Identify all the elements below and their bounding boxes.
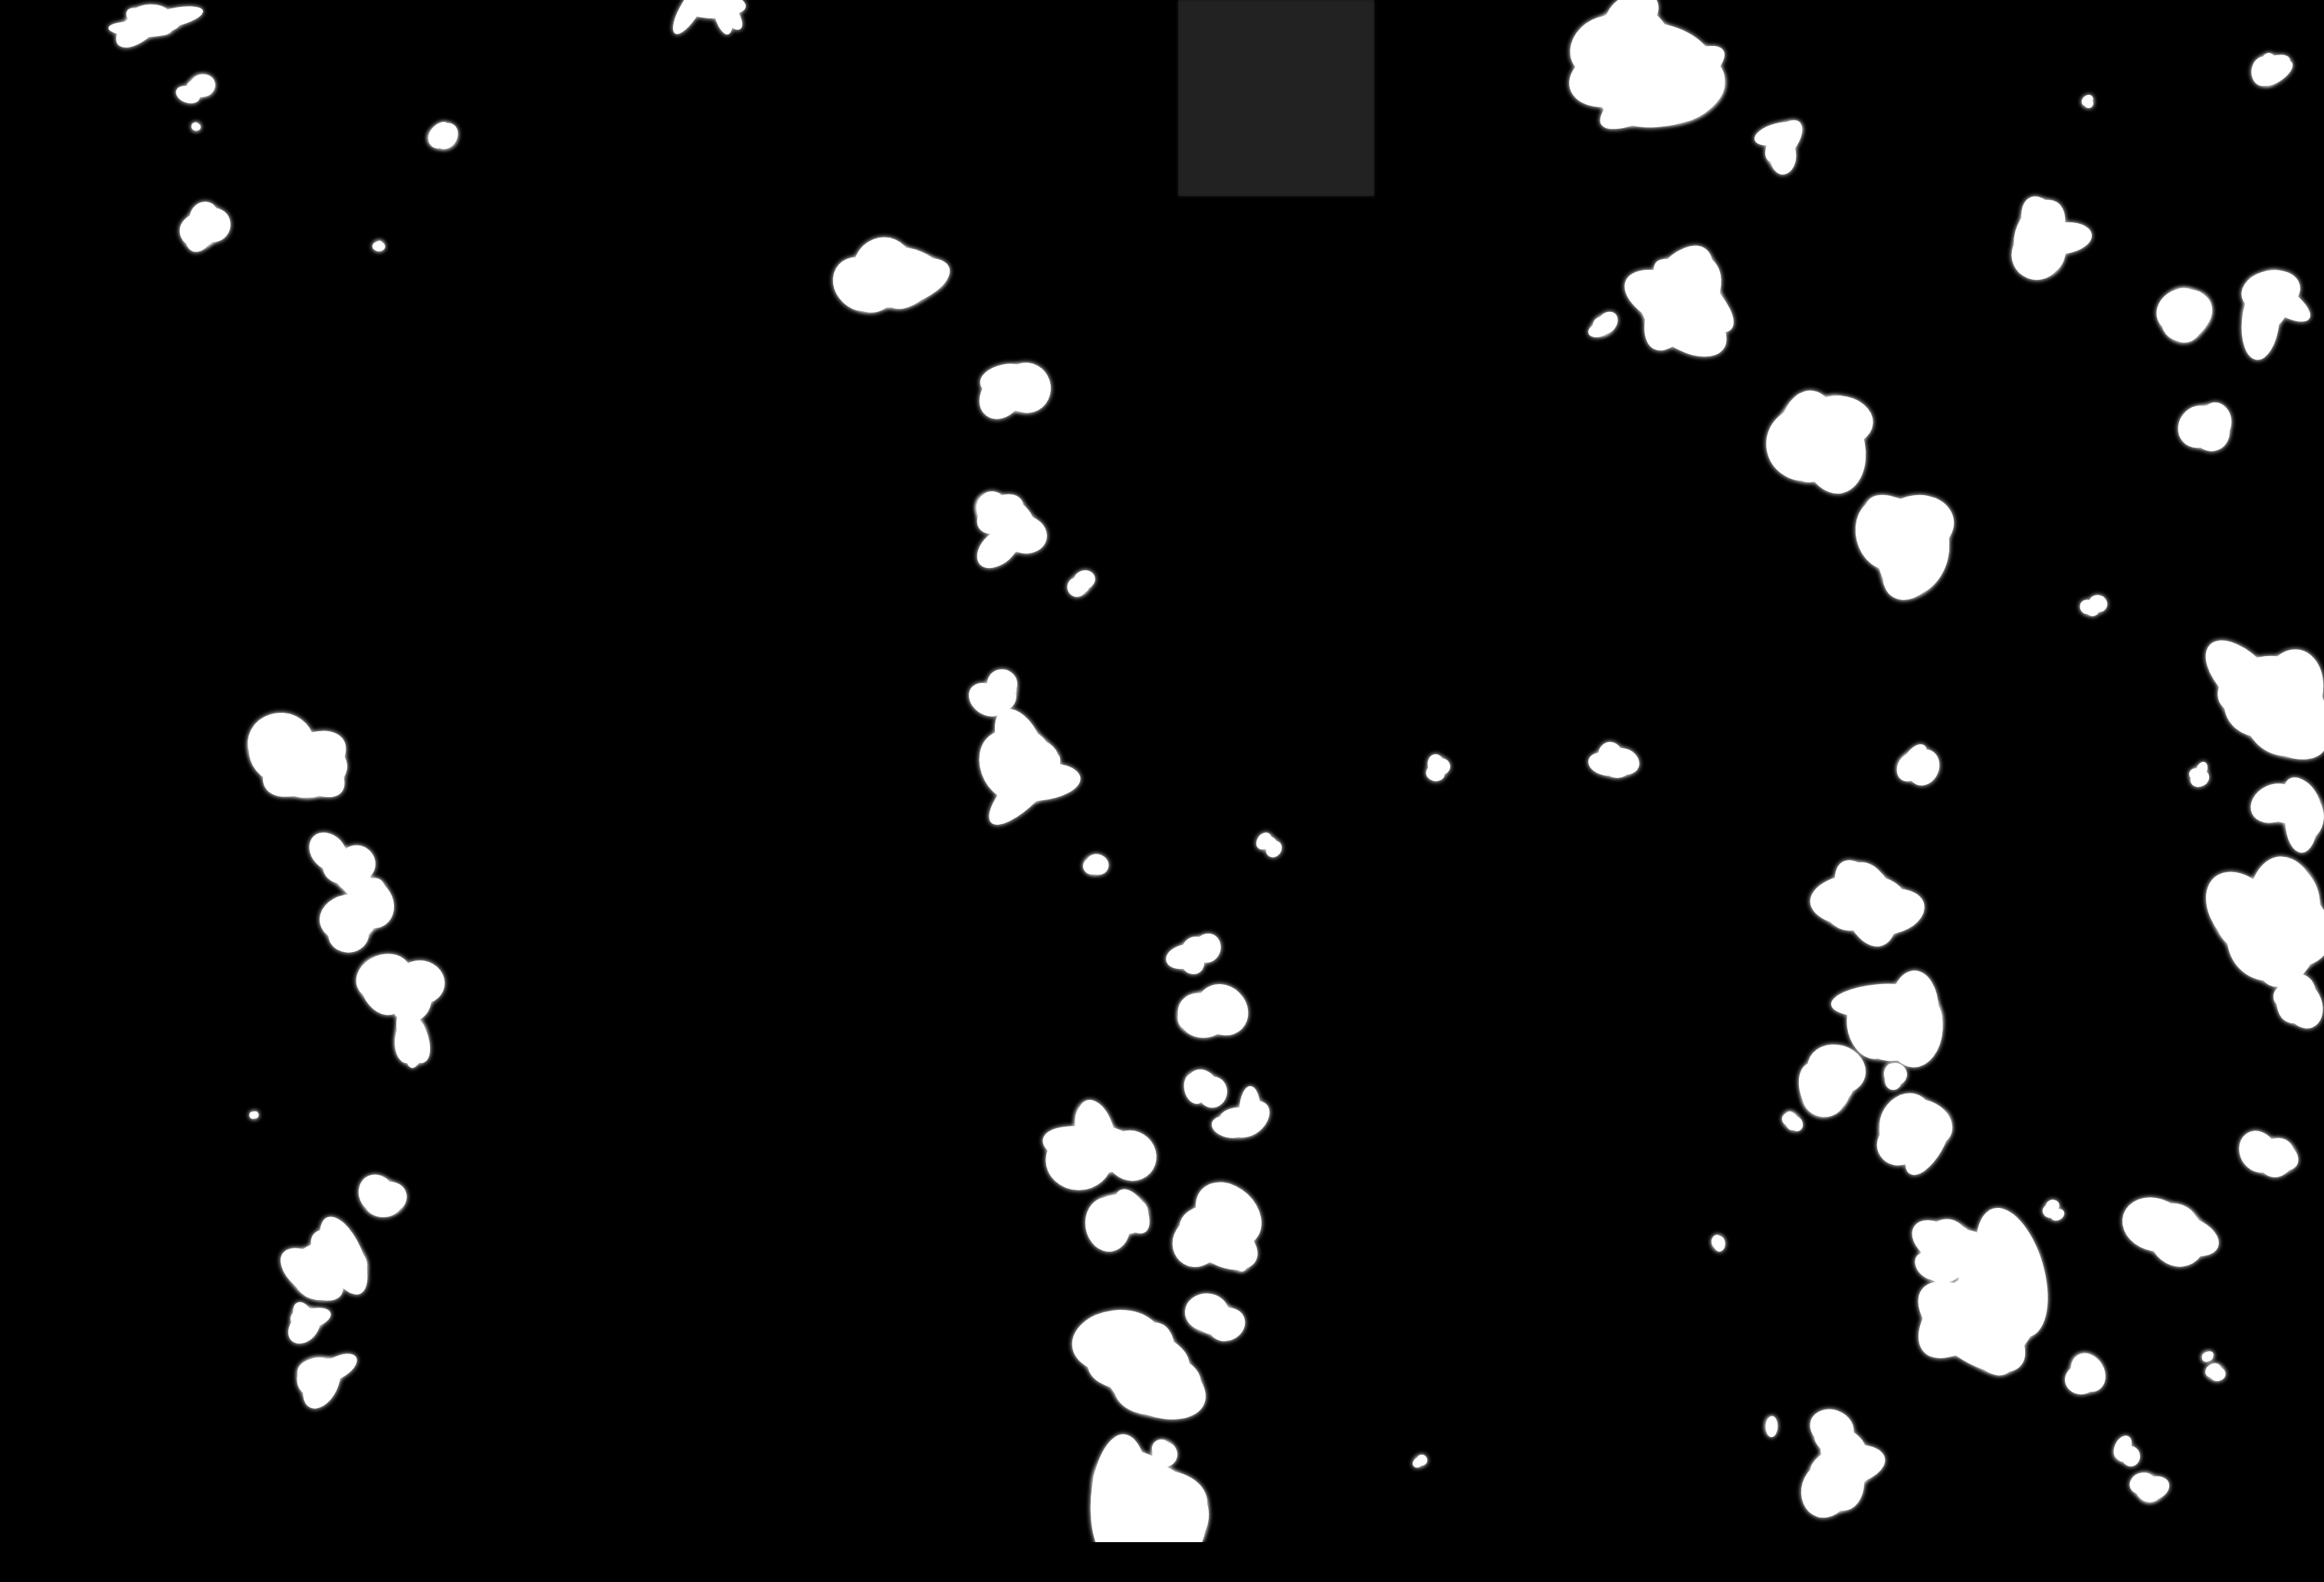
- mask-canvas: [0, 0, 2324, 1582]
- faint-texture-tile: [1178, 0, 1374, 196]
